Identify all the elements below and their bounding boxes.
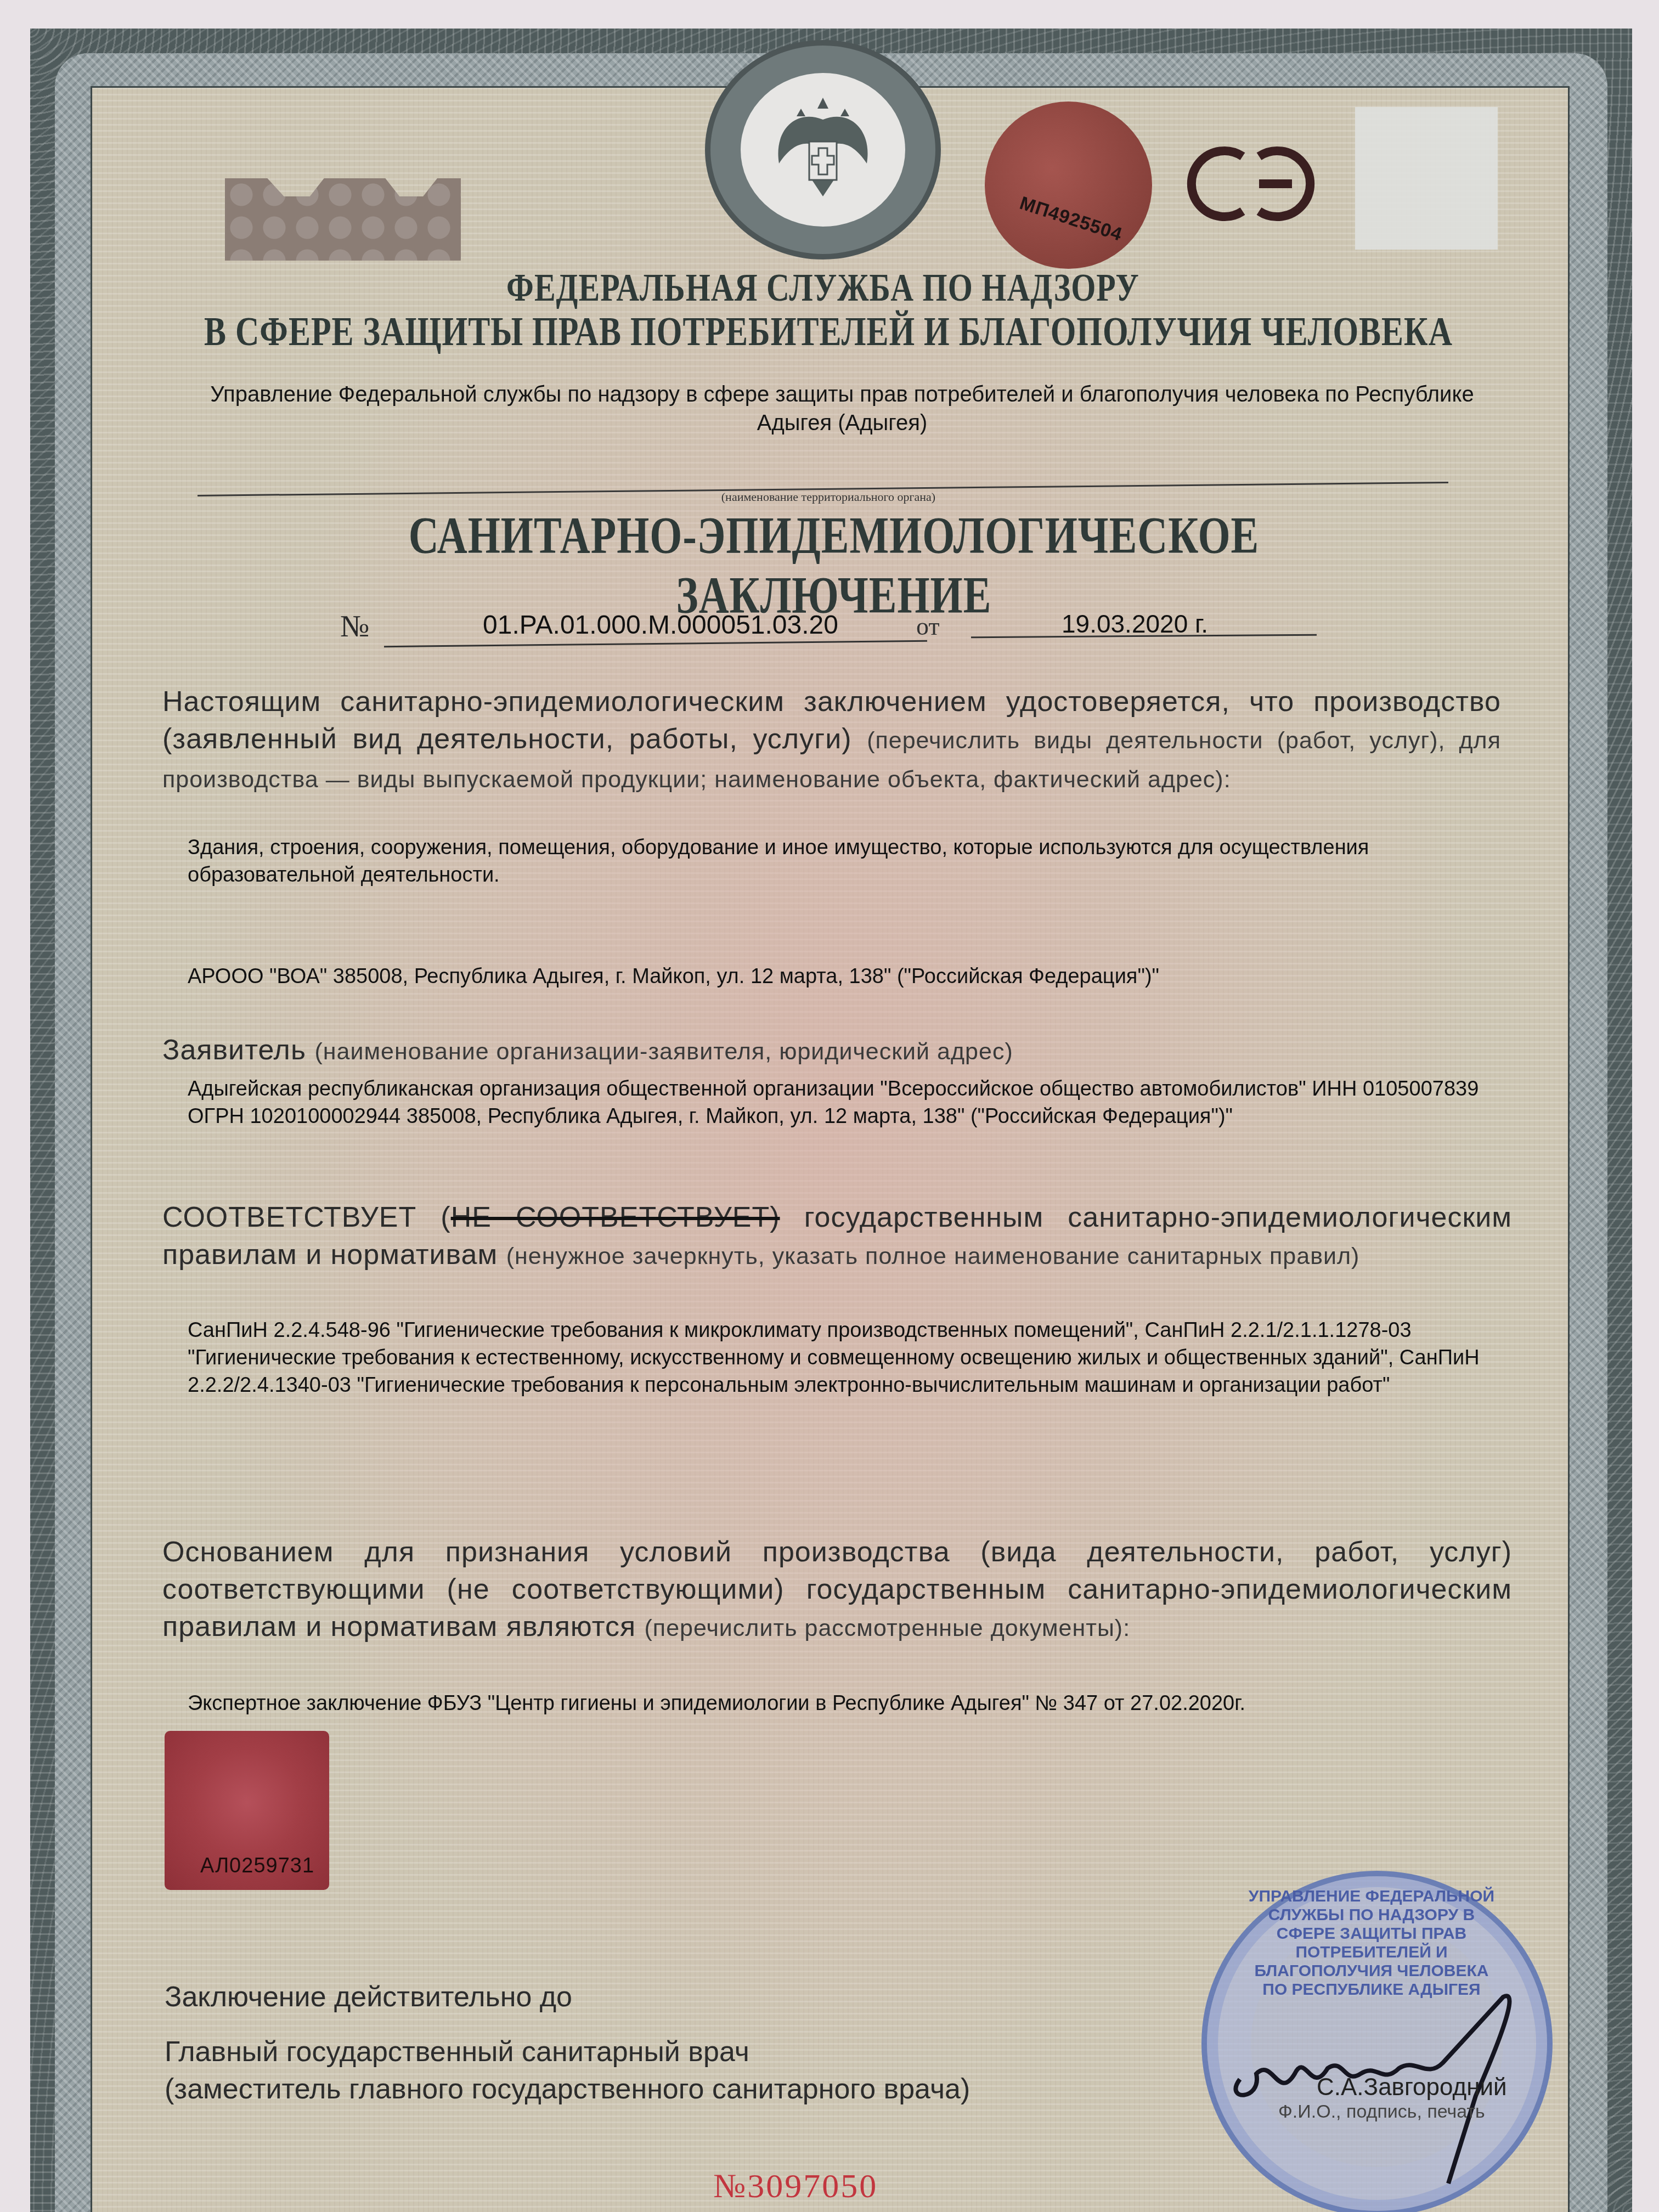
basis-paragraph: Основанием для признания условий произво… (162, 1533, 1512, 1647)
form-serial-number: №3097050 (713, 2167, 878, 2206)
document-number: 01.РА.01.000.М.000051.03.20 (483, 610, 838, 640)
activity-text: Здания, строения, сооружения, помещения,… (188, 834, 1449, 889)
deputy-title: (заместитель главного государственного с… (165, 2073, 970, 2106)
document-title: САНИТАРНО-ЭПИДЕМИОЛОГИЧЕСКОЕ ЗАКЛЮЧЕНИЕ (274, 506, 1393, 626)
conforms-hint: (ненужное зачеркнуть, указать полное наи… (506, 1243, 1360, 1269)
signer-caption: Ф.И.О., подпись, печать (1278, 2101, 1485, 2123)
blank-sticker (1355, 107, 1498, 250)
agency-name-line2: В СФЕРЕ ЗАЩИТЫ ПРАВ ПОТРЕБИТЕЛЕЙ И БЛАГО… (187, 308, 1470, 355)
double-headed-eagle-icon (763, 87, 883, 213)
valid-until-label: Заключение действительно до (165, 1980, 572, 2013)
applicant-label: Заявитель (162, 1034, 306, 1066)
basis-hint: (перечислить рассмотренные документы): (645, 1615, 1131, 1641)
object-address: АРООО "ВОА" 385008, Республика Адыгея, г… (188, 963, 1449, 990)
signer-name: С.А.Завгородний (1317, 2074, 1507, 2101)
document-date: 19.03.2020 г. (1062, 609, 1208, 639)
applicant-text: Адыгейская республиканская организация о… (188, 1075, 1537, 1130)
conforms-label: СООТВЕТСТВУЕТ ( (162, 1201, 451, 1233)
number-sign: № (340, 609, 369, 644)
hologram-square-number: АЛ0259731 (200, 1854, 314, 1878)
rospotrebnadzor-emblem (683, 36, 963, 263)
conformity-paragraph: СООТВЕТСТВУЕТ (НЕ СООТВЕТСТВУЕТ) государ… (162, 1199, 1512, 1275)
not-conforms-struck: НЕ СООТВЕТСТВУЕТ) (451, 1201, 780, 1233)
date-label: от (916, 612, 940, 641)
applicant-heading: Заявитель (наименование организации-заяв… (162, 1031, 1424, 1070)
certify-paragraph: Настоящим санитарно-эпидемиологическим з… (162, 683, 1501, 798)
sanitary-rules: СанПиН 2.2.4.548-96 "Гигиенические требо… (188, 1317, 1559, 1399)
territorial-body: Управление Федеральной службы по надзору… (176, 380, 1509, 437)
basis-document: Экспертное заключение ФБУЗ "Центр гигиен… (188, 1690, 1537, 1717)
agency-name-line1: ФЕДЕРАЛЬНАЯ СЛУЖБА ПО НАДЗОРУ (329, 264, 1317, 311)
territorial-caption: (наименование территориального органа) (658, 490, 998, 504)
hologram-seal-round (985, 101, 1152, 269)
conformity-mark-icon (1177, 134, 1325, 233)
applicant-hint: (наименование организации-заявителя, юри… (314, 1039, 1013, 1065)
chief-title: Главный государственный санитарный врач (165, 2035, 749, 2068)
